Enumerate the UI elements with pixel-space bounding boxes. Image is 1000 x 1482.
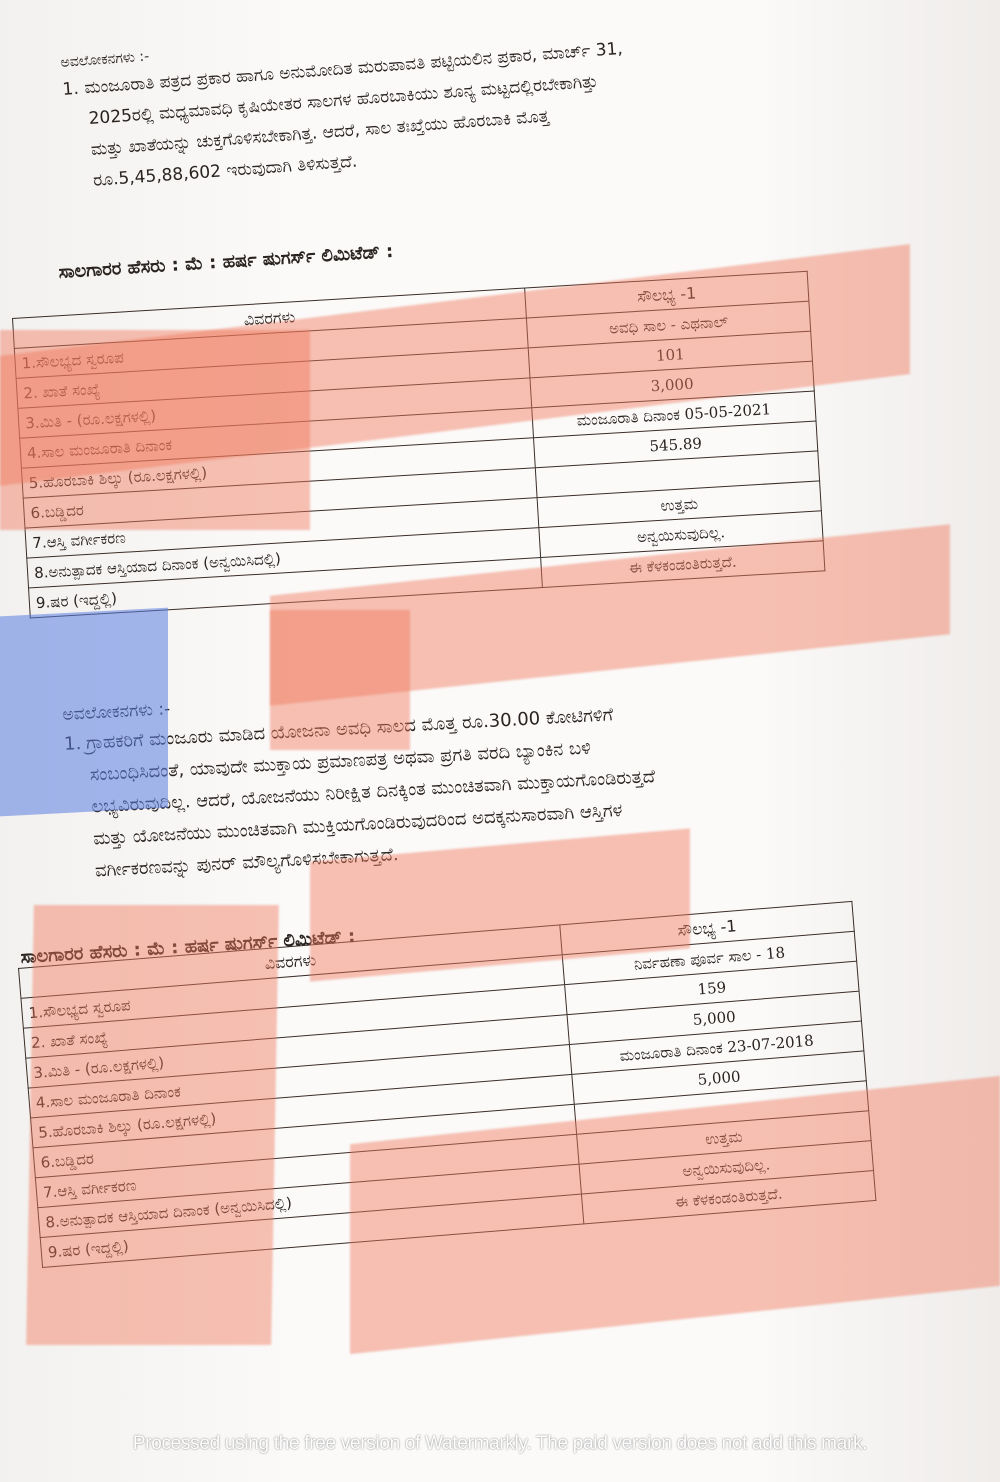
- watermark-text: Processed using the free version of Wate…: [0, 1433, 1000, 1455]
- item-number: 1.: [61, 73, 85, 106]
- details-table: ವಿವರಗಳು ಸೌಲಭ್ಯ -1 1.ಸೌಲಭ್ಯದ ಸ್ವರೂಪಅವಧಿ ಸ…: [12, 271, 825, 619]
- item-number: 1.: [63, 728, 87, 761]
- loan-table-1: ವಿವರಗಳು ಸೌಲಭ್ಯ -1 1.ಸೌಲಭ್ಯದ ಸ್ವರೂಪಅವಧಿ ಸ…: [12, 271, 825, 619]
